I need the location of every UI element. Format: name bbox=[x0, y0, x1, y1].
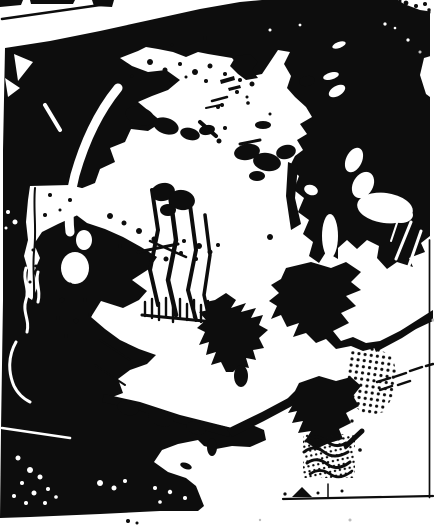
scanned-photo-canvas: High-contrast black-and-white photocopy … bbox=[0, 0, 434, 525]
center-bottom-blot-tail bbox=[234, 365, 248, 387]
scanned-photo: High-contrast black-and-white photocopy … bbox=[0, 0, 434, 525]
